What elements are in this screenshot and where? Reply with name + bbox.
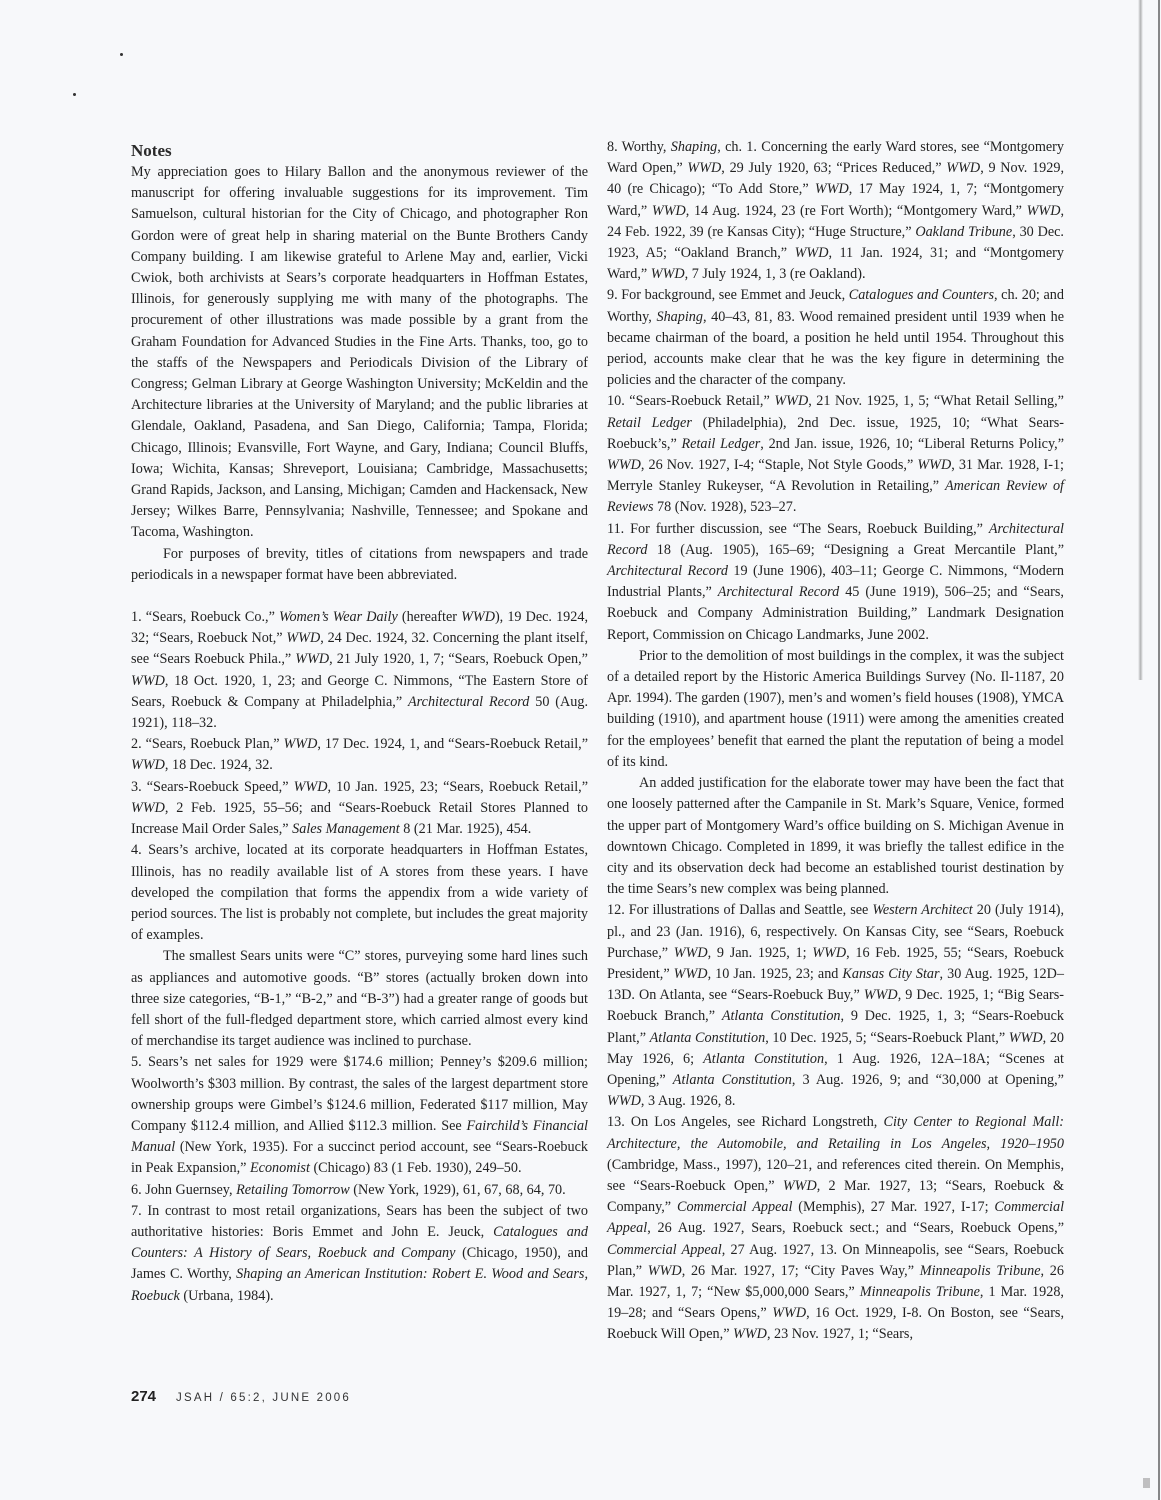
italic-title: Kansas City Star — [842, 966, 939, 982]
note-text: (New York, 1929), 61, 67, 68, 64, 70. — [350, 1182, 566, 1198]
note-text: , 10 Jan. 1925, 23; and — [708, 966, 843, 982]
italic-title: Commercial Appeal — [677, 1199, 792, 1215]
note-text: (hereafter — [398, 609, 461, 625]
italic-title: WWD — [1027, 203, 1061, 219]
footnote-6: 6. John Guernsey, Retailing Tomorrow (Ne… — [131, 1180, 588, 1201]
italic-title: WWD — [674, 966, 708, 982]
italic-title: Retail Ledger — [681, 436, 760, 452]
dust-speck — [120, 53, 123, 56]
italic-title: Economist — [250, 1160, 310, 1176]
note-text: , 18 Dec. 1924, 32. — [165, 757, 273, 773]
footnote-11: 11. For further discussion, see “The Sea… — [607, 519, 1064, 646]
italic-title: Atlanta Constitution — [703, 1051, 824, 1067]
note-text: , 26 Nov. 1927, I-4; “Staple, Not Style … — [641, 457, 917, 473]
section-gap — [131, 586, 588, 607]
italic-title: WWD — [795, 245, 829, 261]
page-footer: 274 JSAH / 65:2, JUNE 2006 — [131, 1388, 351, 1405]
note-text: , 3 Aug. 1926, 8. — [641, 1093, 736, 1109]
italic-title: Architectural Record — [718, 584, 840, 600]
italic-title: WWD — [607, 457, 641, 473]
scan-gutter-shadow — [1138, 0, 1143, 680]
note-text: 6. John Guernsey, — [131, 1182, 236, 1198]
italic-title: Commercial Appeal — [607, 1242, 722, 1258]
acknowledgment-paragraph: My appreciation goes to Hilary Ballon an… — [131, 162, 588, 544]
brevity-note: For purposes of brevity, titles of citat… — [131, 544, 588, 586]
note-text: 2. “Sears, Roebuck Plan,” — [131, 736, 283, 752]
italic-title: Catalogues and Counters — [849, 287, 994, 303]
italic-title: WWD — [687, 160, 721, 176]
dust-speck — [73, 93, 76, 96]
journal-citation: JSAH / 65:2, JUNE 2006 — [176, 1392, 351, 1404]
italic-title: Western Architect — [872, 902, 972, 918]
page-number: 274 — [131, 1388, 156, 1405]
footnote-7: 7. In contrast to most retail organizati… — [131, 1201, 588, 1307]
note-text: , 26 Aug. 1927, Sears, Roebuck sect.; an… — [647, 1220, 1064, 1236]
note-text: , 29 July 1920, 63; “Prices Reduced,” — [721, 160, 946, 176]
note-text: 4. Sears’s archive, located at its corpo… — [131, 842, 588, 943]
note-text: 9. For background, see Emmet and Jeuck, — [607, 287, 849, 303]
italic-title: WWD — [131, 673, 165, 689]
note-text: 10. “Sears-Roebuck Retail,” — [607, 393, 774, 409]
note-text: 3. “Sears-Roebuck Speed,” — [131, 779, 294, 795]
italic-title: WWD — [648, 1263, 682, 1279]
italic-title: WWD — [812, 945, 846, 961]
italic-title: Retail Ledger — [607, 415, 692, 431]
italic-title: WWD — [294, 779, 328, 795]
italic-title: WWD — [131, 757, 165, 773]
italic-title: Atlanta Constitution — [673, 1072, 792, 1088]
notes-heading: Notes — [131, 140, 588, 162]
italic-title: WWD — [864, 987, 898, 1003]
footnote-10: 10. “Sears-Roebuck Retail,” WWD, 21 Nov.… — [607, 391, 1064, 518]
italic-title: WWD — [815, 181, 849, 197]
footnote-11b: Prior to the demolition of most building… — [607, 646, 1064, 773]
page-edge-line — [1158, 0, 1160, 1500]
note-text: , 14 Aug. 1924, 23 (re Fort Worth); “Mon… — [686, 203, 1027, 219]
notes-left-column: Notes My appreciation goes to Hilary Bal… — [131, 140, 588, 1307]
note-text: (Chicago) 83 (1 Feb. 1930), 249–50. — [310, 1160, 522, 1176]
note-text: , 7 July 1924, 1, 3 (re Oakland). — [685, 266, 866, 282]
note-text: , 10 Jan. 1925, 23; “Sears, Roebuck Reta… — [327, 779, 588, 795]
italic-title: WWD — [286, 630, 320, 646]
note-text: , 21 July 1920, 1, 7; “Sears, Roebuck Op… — [329, 651, 588, 667]
corner-mark — [1143, 1478, 1150, 1488]
italic-title: Sales Management — [292, 821, 400, 837]
italic-title: WWD — [607, 1093, 641, 1109]
italic-title: Shaping — [671, 139, 718, 155]
italic-title: WWD — [295, 651, 329, 667]
note-text: , 10 Dec. 1925, 5; “Sears-Roebuck Plant,… — [765, 1030, 1009, 1046]
note-text: 8 (21 Mar. 1925), 454. — [400, 821, 532, 837]
note-text: (Urbana, 1984). — [180, 1288, 274, 1304]
note-text: 18 (Aug. 1905), 165–69; “Designing a Gre… — [647, 542, 1064, 558]
italic-title: WWD — [283, 736, 317, 752]
italic-title: WWD — [674, 945, 708, 961]
left-notes-list: 1. “Sears, Roebuck Co.,” Women’s Wear Da… — [131, 607, 588, 1307]
italic-title: WWD — [733, 1326, 767, 1342]
italic-title: Shaping — [656, 309, 703, 325]
italic-title: WWD — [946, 160, 980, 176]
note-text: 1. “Sears, Roebuck Co.,” — [131, 609, 279, 625]
footnote-12: 12. For illustrations of Dallas and Seat… — [607, 900, 1064, 1112]
footnote-11c: An added justification for the elaborate… — [607, 773, 1064, 900]
footnote-9: 9. For background, see Emmet and Jeuck, … — [607, 285, 1064, 391]
note-text: 11. For further discussion, see “The Sea… — [607, 521, 989, 537]
right-notes-list: 8. Worthy, Shaping, ch. 1. Concerning th… — [607, 137, 1064, 1346]
italic-title: WWD — [772, 1305, 806, 1321]
notes-right-column: 8. Worthy, Shaping, ch. 1. Concerning th… — [607, 137, 1064, 1346]
italic-title: Oakland Tribune — [915, 224, 1012, 240]
italic-title: Retailing Tomorrow — [236, 1182, 350, 1198]
italic-title: WWD — [131, 800, 165, 816]
note-text: 8. Worthy, — [607, 139, 671, 155]
note-text: (Memphis), 27 Mar. 1927, I-17; — [792, 1199, 994, 1215]
note-text: , 21 Nov. 1925, 1, 5; “What Retail Selli… — [808, 393, 1064, 409]
note-text: The smallest Sears units were “C” stores… — [131, 948, 588, 1049]
note-text: Prior to the demolition of most building… — [607, 648, 1064, 770]
italic-title: Minneapolis Tribune — [860, 1284, 980, 1300]
note-text: , 2nd Jan. issue, 1926, 10; “Liberal Ret… — [760, 436, 1064, 452]
italic-title: WWD — [461, 609, 495, 625]
footnote-1: 1. “Sears, Roebuck Co.,” Women’s Wear Da… — [131, 607, 588, 734]
note-text: 12. For illustrations of Dallas and Seat… — [607, 902, 872, 918]
note-text: , 3 Aug. 1926, 9; and “30,000 at Opening… — [792, 1072, 1064, 1088]
italic-title: Women’s Wear Daily — [279, 609, 398, 625]
note-text: , 17 Dec. 1924, 1, and “Sears-Roebuck Re… — [317, 736, 588, 752]
footnote-4b: The smallest Sears units were “C” stores… — [131, 946, 588, 1052]
footnote-8: 8. Worthy, Shaping, ch. 1. Concerning th… — [607, 137, 1064, 285]
italic-title: WWD — [783, 1178, 817, 1194]
footnote-2: 2. “Sears, Roebuck Plan,” WWD, 17 Dec. 1… — [131, 734, 588, 776]
italic-title: Atlanta Constitution — [722, 1008, 841, 1024]
italic-title: WWD — [774, 393, 808, 409]
note-text: , 26 Mar. 1927, 17; “City Paves Way,” — [682, 1263, 920, 1279]
italic-title: WWD — [652, 203, 686, 219]
italic-title: WWD — [1009, 1030, 1043, 1046]
note-text: , 23 Nov. 1927, 1; “Sears, — [767, 1326, 913, 1342]
note-text: An added justification for the elaborate… — [607, 775, 1064, 897]
footnote-5: 5. Sears’s net sales for 1929 were $174.… — [131, 1052, 588, 1179]
italic-title: WWD — [651, 266, 685, 282]
footnote-3: 3. “Sears-Roebuck Speed,” WWD, 10 Jan. 1… — [131, 777, 588, 841]
italic-title: Architectural Record — [408, 694, 529, 710]
note-text: , 9 Jan. 1925, 1; — [708, 945, 813, 961]
italic-title: Architectural Record — [607, 563, 728, 579]
italic-title: Atlanta Constitution — [650, 1030, 766, 1046]
footnote-13: 13. On Los Angeles, see Richard Longstre… — [607, 1112, 1064, 1345]
note-text: 13. On Los Angeles, see Richard Longstre… — [607, 1114, 883, 1130]
note-text: 78 (Nov. 1928), 523–27. — [653, 499, 796, 515]
footnote-4: 4. Sears’s archive, located at its corpo… — [131, 840, 588, 946]
italic-title: Minneapolis Tribune — [920, 1263, 1041, 1279]
italic-title: WWD — [917, 457, 951, 473]
